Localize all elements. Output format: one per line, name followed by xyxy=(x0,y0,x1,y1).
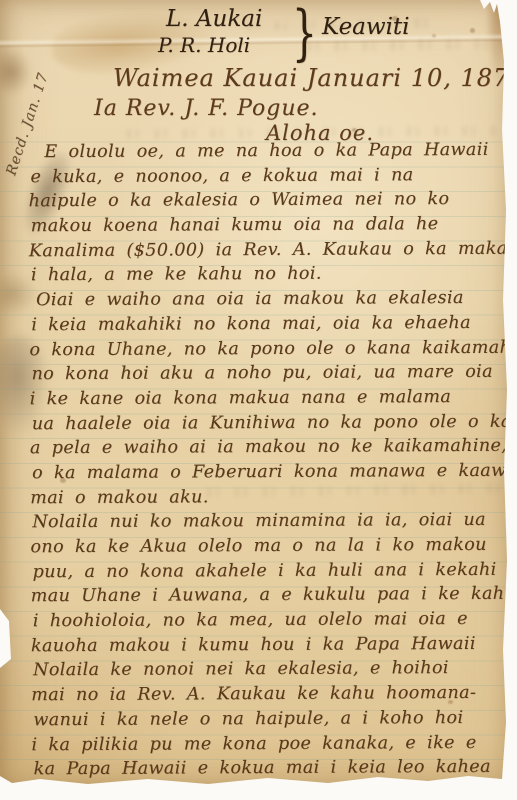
letter-line: Oiai e waiho ana oia ia makou ka ekalesi… xyxy=(29,286,509,313)
letter-line: ua haalele oia ia Kunihiwa no ka pono ol… xyxy=(30,409,510,436)
stain-left-edge-upper xyxy=(0,48,32,96)
brace-glyph: } xyxy=(292,0,317,69)
letter-line: ka Papa Hawaii e kokua mai i keia leo ka… xyxy=(32,755,512,782)
letter-scan: Recd. Jan. 17 L. Aukai P. R. Holi } Keaw… xyxy=(0,0,517,800)
letter-line: i ka pilikia pu me kona poe kanaka, e ik… xyxy=(31,730,511,757)
signatory-name-3: Keawiti xyxy=(322,14,410,40)
letter-line: haipule o ka ekalesia o Waimea nei no ko xyxy=(29,187,509,214)
letter-line: o ka malama o Feberuari kona manawa e ka… xyxy=(30,459,510,486)
letter-line: mai no ia Rev. A. Kaukau ke kahu hoomana… xyxy=(31,681,511,708)
letter-line: Nolaila ke nonoi nei ka ekalesia, e hoih… xyxy=(31,656,511,683)
letter-line: kauoha makou i kumu hou i ka Papa Hawaii xyxy=(31,631,511,658)
letter-line: a pela e waiho ai ia makou no ke kaikama… xyxy=(30,434,510,461)
addressee-line: Ia Rev. J. F. Pogue. xyxy=(94,96,319,121)
letter-body: E oluolu oe, a me na hoa o ka Papa Hawai… xyxy=(28,138,511,782)
letter-line: o kona Uhane, no ka pono ole o kana kaik… xyxy=(29,335,509,362)
signatory-name-1: L. Aukai xyxy=(166,6,262,32)
foxing-speck xyxy=(432,34,436,38)
dateline: Waimea Kauai Januari 10, 1873 xyxy=(113,64,517,92)
letter-line: E oluolu oe, a me na hoa o ka Papa Hawai… xyxy=(28,138,508,165)
foxing-speck xyxy=(470,28,475,33)
ink-bleed-through xyxy=(300,38,510,52)
signatory-name-2: P. R. Holi xyxy=(158,33,250,57)
letter-line: e kuka, e noonoo, a e kokua mai i na xyxy=(28,162,508,189)
letter-line: mai o makou aku. xyxy=(30,483,510,510)
letter-line: wanui i ka nele o na haipule, a i koho h… xyxy=(31,706,511,733)
letter-line: i hoohioloia, no ka mea, ua olelo mai oi… xyxy=(31,607,511,634)
letter-line: i ke kane oia kona makua nana e malama xyxy=(30,385,510,412)
letter-line: makou koena hanai kumu oia na dala he xyxy=(29,212,509,239)
letter-line: Kanalima ($50.00) ia Rev. A. Kaukau o ka… xyxy=(29,236,509,263)
paper-sheet: Recd. Jan. 17 L. Aukai P. R. Holi } Keaw… xyxy=(0,0,517,800)
letter-line: i hala, a me ke kahu no hoi. xyxy=(29,261,509,288)
letter-line: Nolaila nui ko makou minamina ia ia, oia… xyxy=(30,508,510,535)
letter-line: mau Uhane i Auwana, a e kukulu paa i ke … xyxy=(31,582,511,609)
letter-line: i keia makahiki no kona mai, oia ka ehae… xyxy=(29,311,509,338)
letter-line: puu, a no kona akahele i ka huli ana i k… xyxy=(31,557,511,584)
letter-line: no kona hoi aku a noho pu, oiai, ua mare… xyxy=(29,360,509,387)
letter-line: ono ka ke Akua olelo ma o na la i ko mak… xyxy=(30,533,510,560)
fold-crease xyxy=(0,33,517,48)
